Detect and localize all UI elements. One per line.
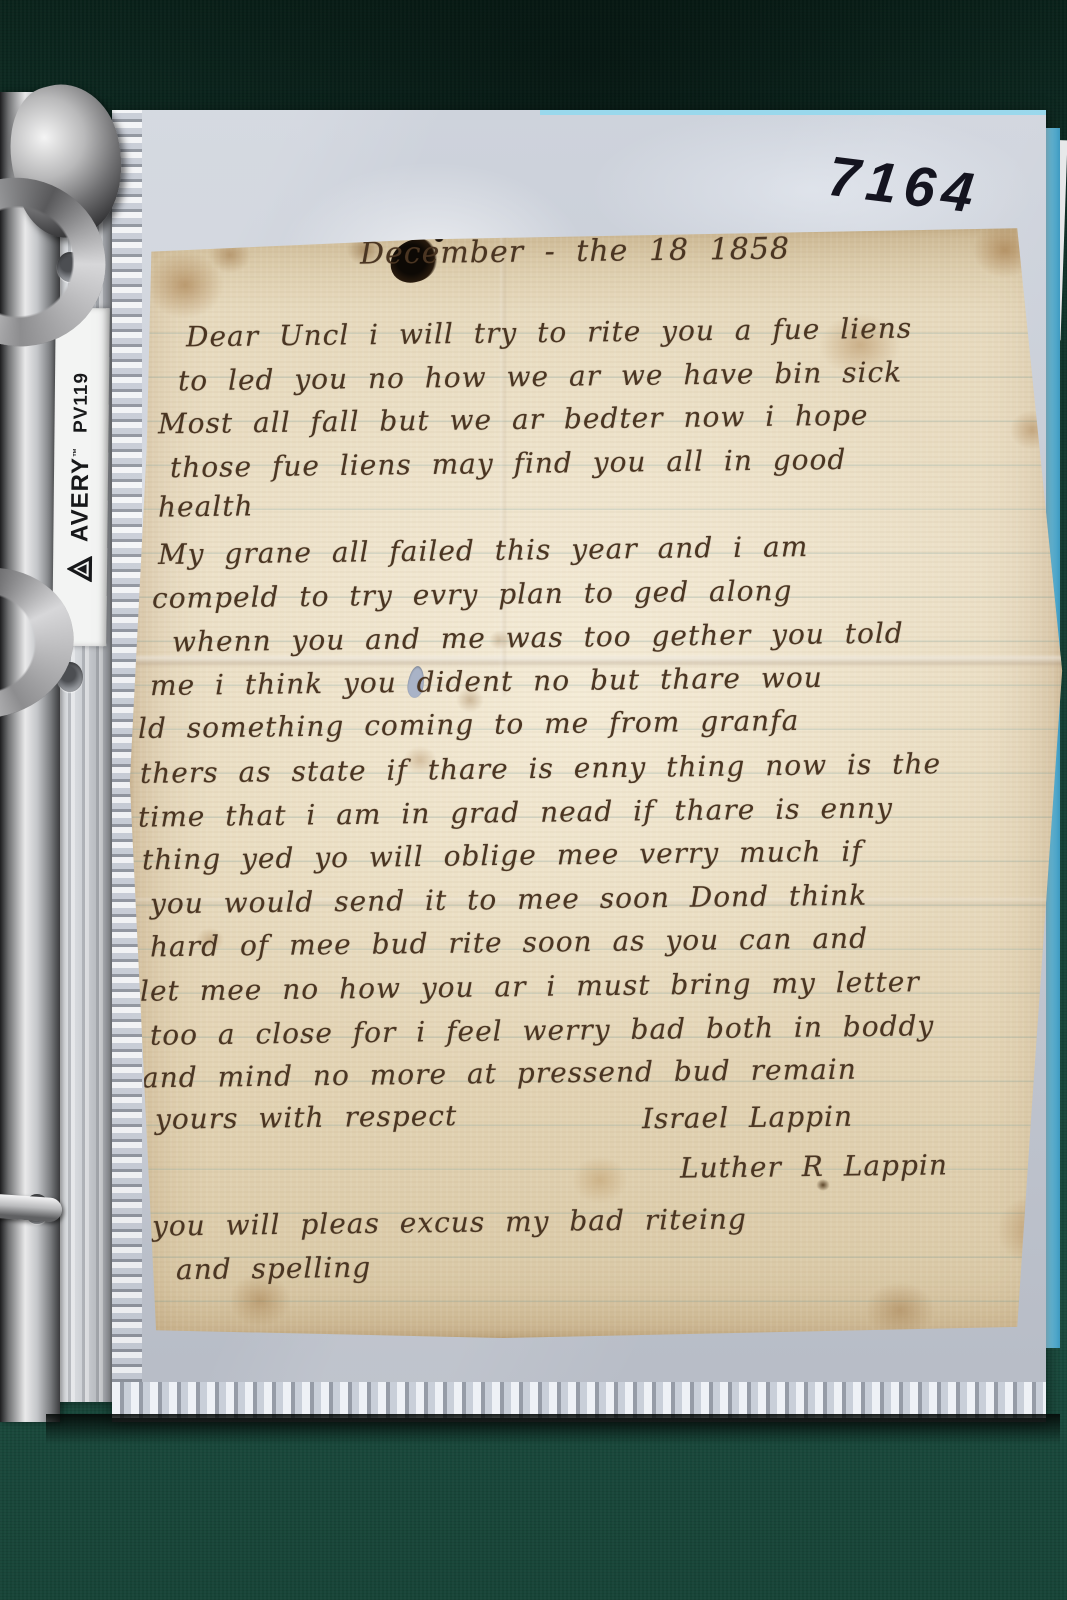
letter-body-line: compeld to try evry plan to ged along (152, 574, 793, 615)
signature-line: Luther R Lappin (680, 1148, 948, 1184)
letter-body-line: health (158, 490, 254, 524)
letter-body-line: time that i am in grad nead if thare is … (138, 791, 893, 833)
letter-body-line: thing yed yo will oblige mee verry much … (142, 835, 863, 877)
letter-body-line: let mee no how you ar i must bring my le… (140, 965, 920, 1008)
letter-handwriting: December - the 18 1858Dear Uncl i will t… (128, 226, 1064, 1338)
letter-paper: December - the 18 1858Dear Uncl i will t… (128, 226, 1064, 1338)
letter-body-line: too a close for i feel werry bad both in… (150, 1009, 935, 1052)
letter-body-line: yours with respect (155, 1099, 458, 1136)
letter-body-line: ld something coming to me from granfa (138, 704, 800, 745)
trademark-symbol: ™ (71, 447, 81, 457)
avery-label-content: AVERY™ PV119 (52, 308, 110, 647)
letter-body-line: hard of mee bud rite soon as you can and (150, 922, 868, 964)
letter-body-line: Dear Uncl i will try to rite you a fue l… (186, 312, 912, 354)
photo-of-binder-letter: AVERY™ PV119 7164 December - the 18 1858… (0, 0, 1067, 1600)
avery-brand-text: AVERY™ (66, 447, 95, 542)
avery-label: AVERY™ PV119 (52, 308, 110, 647)
letter-body-line: me i think you dident no but thare wou (150, 661, 823, 702)
letter-body-line: My grane all failed this year and i am (158, 530, 809, 571)
letter-body-line: whenn you and me was too gether you told (172, 617, 904, 659)
postscript-line: and spelling (176, 1251, 372, 1286)
letter-body-line: you would send it to mee soon Dond think (150, 878, 868, 920)
avery-model-text: PV119 (70, 372, 93, 433)
letter-body-line: Most all fall but we ar bedter now i hop… (158, 399, 869, 441)
letter-body-line: and mind no more at pressend bud remain (142, 1053, 857, 1095)
sleeve-top-edge-highlight (540, 110, 1046, 115)
signature-line: Israel Lappin (642, 1100, 853, 1136)
letter-body-line: those fue liens may find you all in good (170, 443, 847, 484)
avery-triangle-logo-icon (67, 556, 93, 582)
letter-body-line: to led you no how we ar we have bin sick (178, 355, 903, 397)
postscript-line: you will pleas excus my bad riteing (152, 1202, 747, 1242)
binder-ring-bottom (0, 1193, 63, 1222)
sleeve-bottom-shadow (46, 1414, 1060, 1444)
letter-body-line: thers as state if thare is enny thing no… (140, 747, 941, 790)
